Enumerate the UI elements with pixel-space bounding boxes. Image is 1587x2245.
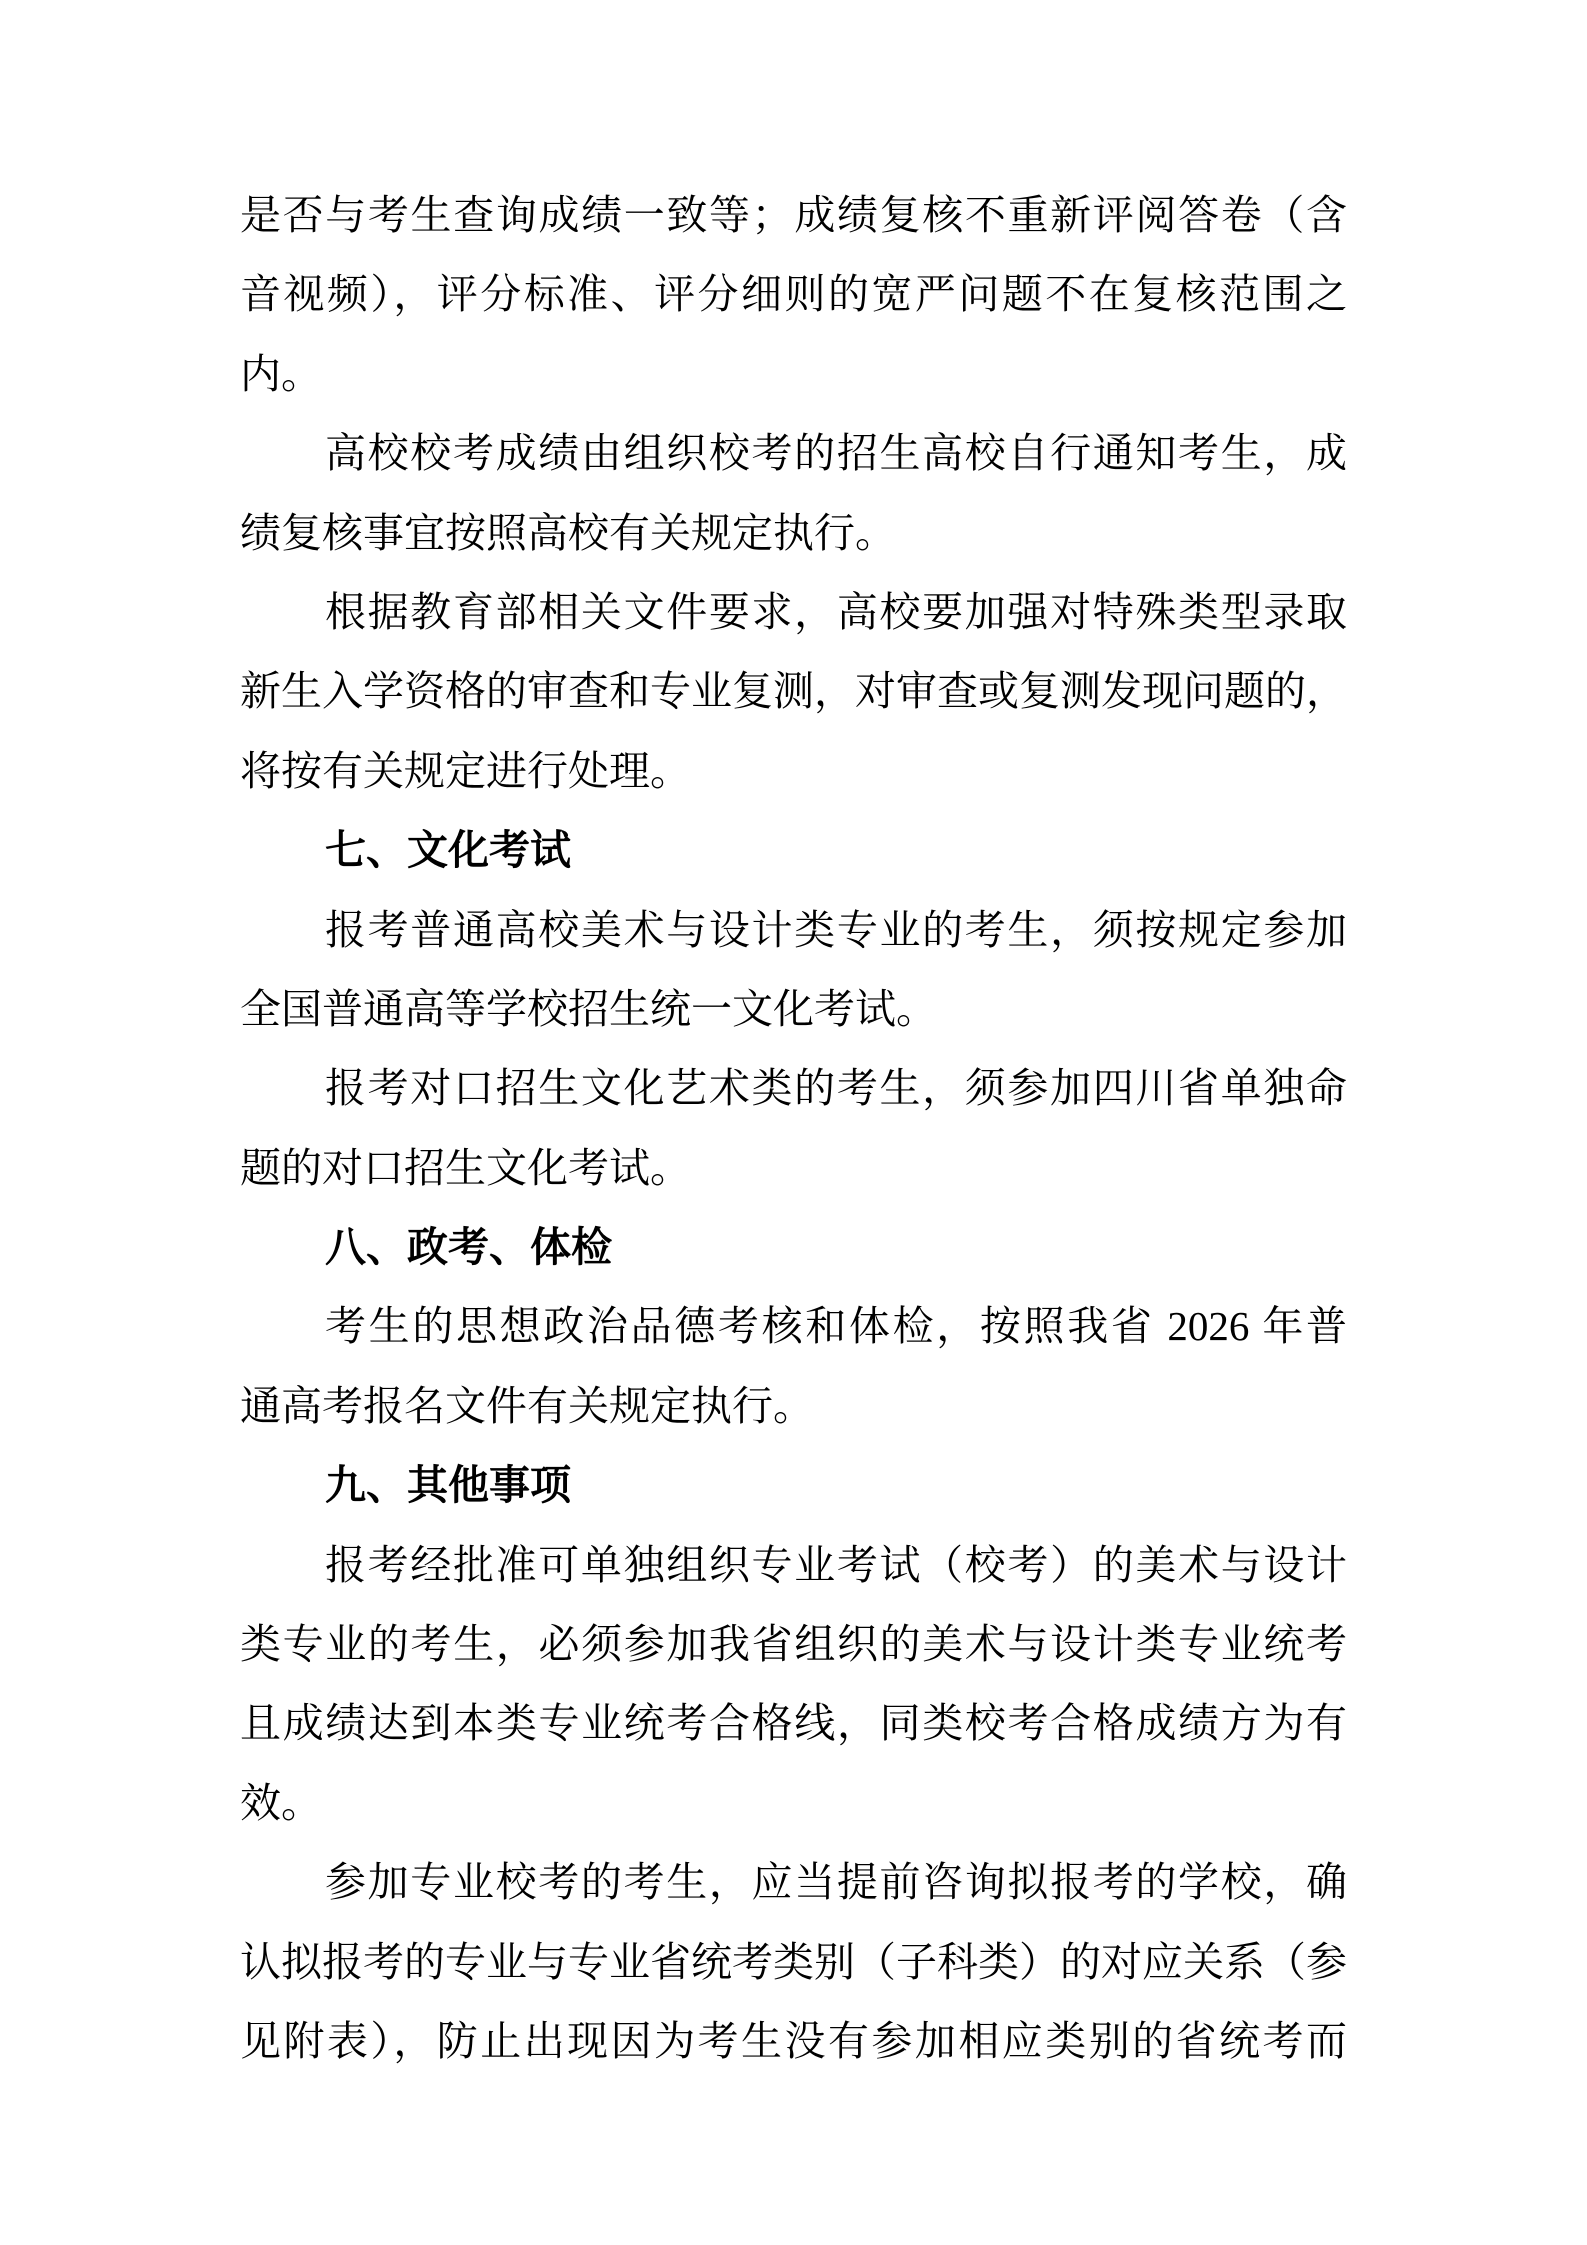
paragraph-line-23: 认拟报考的专业与专业省统考类别（子科类）的对应关系（参	[240, 1923, 1347, 2002]
paragraph-line-10: 报考普通高校美术与设计类专业的考生，须按规定参加	[240, 891, 1347, 970]
paragraph-line-20: 且成绩达到本类专业统考合格线，同类校考合格成绩方为有	[240, 1684, 1347, 1763]
paragraph-line-4: 高校校考成绩由组织校考的招生高校自行通知考生，成	[240, 414, 1347, 493]
paragraph-line-21: 效。	[240, 1764, 1347, 1843]
paragraph-line-5: 绩复核事宜按照高校有关规定执行。	[240, 494, 1347, 573]
section-heading-3: 九、其他事项	[240, 1446, 1347, 1525]
paragraph-line-18: 报考经批准可单独组织专业考试（校考）的美术与设计	[240, 1526, 1347, 1605]
paragraph-line-15: 考生的思想政治品德考核和体检，按照我省 2026 年普	[240, 1287, 1347, 1366]
document-text-block: 是否与考生查询成绩一致等；成绩复核不重新评阅答卷（含音视频），评分标准、评分细则…	[240, 176, 1347, 2081]
section-heading-1: 七、文化考试	[240, 811, 1347, 890]
paragraph-line-13: 题的对口招生文化考试。	[240, 1129, 1347, 1208]
paragraph-line-1: 是否与考生查询成绩一致等；成绩复核不重新评阅答卷（含	[240, 176, 1347, 255]
paragraph-line-7: 新生入学资格的审查和专业复测，对审查或复测发现问题的，	[240, 652, 1347, 731]
paragraph-line-3: 内。	[240, 335, 1347, 414]
paragraph-line-16: 通高考报名文件有关规定执行。	[240, 1367, 1347, 1446]
paragraph-line-2: 音视频），评分标准、评分细则的宽严问题不在复核范围之	[240, 255, 1347, 334]
paragraph-line-11: 全国普通高等学校招生统一文化考试。	[240, 970, 1347, 1049]
paragraph-line-12: 报考对口招生文化艺术类的考生，须参加四川省单独命	[240, 1049, 1347, 1128]
paragraph-line-19: 类专业的考生，必须参加我省组织的美术与设计类专业统考	[240, 1605, 1347, 1684]
paragraph-line-6: 根据教育部相关文件要求，高校要加强对特殊类型录取	[240, 573, 1347, 652]
paragraph-line-22: 参加专业校考的考生，应当提前咨询拟报考的学校，确	[240, 1843, 1347, 1922]
paragraph-line-8: 将按有关规定进行处理。	[240, 732, 1347, 811]
section-heading-2: 八、政考、体检	[240, 1208, 1347, 1287]
document-page: 是否与考生查询成绩一致等；成绩复核不重新评阅答卷（含音视频），评分标准、评分细则…	[0, 0, 1587, 2245]
paragraph-line-24: 见附表），防止出现因为考生没有参加相应类别的省统考而	[240, 2002, 1347, 2081]
